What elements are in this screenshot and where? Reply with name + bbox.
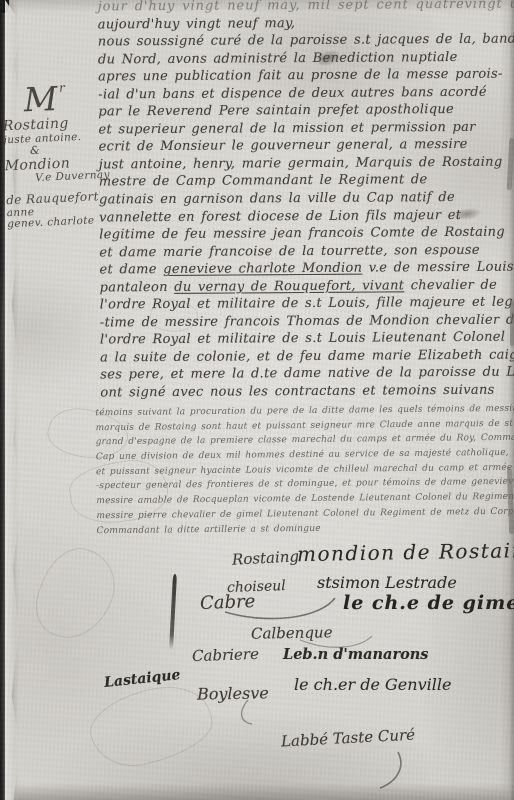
signature-chevalier-de-gimel: le ch.e de gimel xyxy=(343,592,514,614)
signature-cabriere: Cabriere xyxy=(192,645,260,665)
facing-page-edge-mark xyxy=(510,300,514,346)
act-body-text: jour d'huy vingt neuf may, mil sept cent… xyxy=(98,0,514,402)
monogram-letter: M xyxy=(23,79,60,120)
signature-manarons: Leb.n d'manarons xyxy=(283,646,428,663)
signature-cabre: Cabre xyxy=(200,591,256,614)
line-segment: pantaleon xyxy=(100,280,175,296)
ink-streak xyxy=(169,574,177,650)
manuscript-page: Mr Rostaing juste antoine. & Mondion V.e… xyxy=(0,0,514,800)
paper-stain xyxy=(26,538,125,649)
manuscript-line: just antoine, henry, marie germain, Marq… xyxy=(99,153,513,173)
signature-stsimon-lestrade: stsimon Lestrade xyxy=(317,573,457,592)
signature-abbe-taste-cure: Labbé Taste Curé xyxy=(281,726,416,751)
manuscript-line: gatinais en garnison dans la ville du Ca… xyxy=(99,189,513,209)
monogram-superscript: r xyxy=(59,81,67,95)
witness-clause-text: témoins suivant la procuration du pere d… xyxy=(95,402,514,539)
signature-rostaing: Rostaing xyxy=(232,547,300,568)
monogram-m: Mr xyxy=(1,68,109,120)
signature-calbenque: Calbenque xyxy=(251,623,333,642)
underlined-segment: genevieve charlote Mondion xyxy=(163,261,362,277)
line-segment: v.e de messire Louis xyxy=(362,260,514,276)
line-segment: et dame xyxy=(99,262,163,277)
underlined-segment: du vernay de Rouquefort, vivant xyxy=(174,278,404,295)
signature-mondion-de-rostaing: mondion de Rostaing xyxy=(297,538,514,566)
signature-boylesve: Boylesve xyxy=(197,683,269,703)
signature-chevalier-de-genville: le ch.er de Genville xyxy=(294,675,451,694)
line-segment: chevalier de xyxy=(404,277,497,293)
margin-annotation: Mr Rostaing juste antoine. & Mondion V.e… xyxy=(1,68,114,232)
margin-line: genev. charlote xyxy=(7,215,113,231)
manuscript-line: ont signé avec nous les contractans et t… xyxy=(100,382,514,402)
